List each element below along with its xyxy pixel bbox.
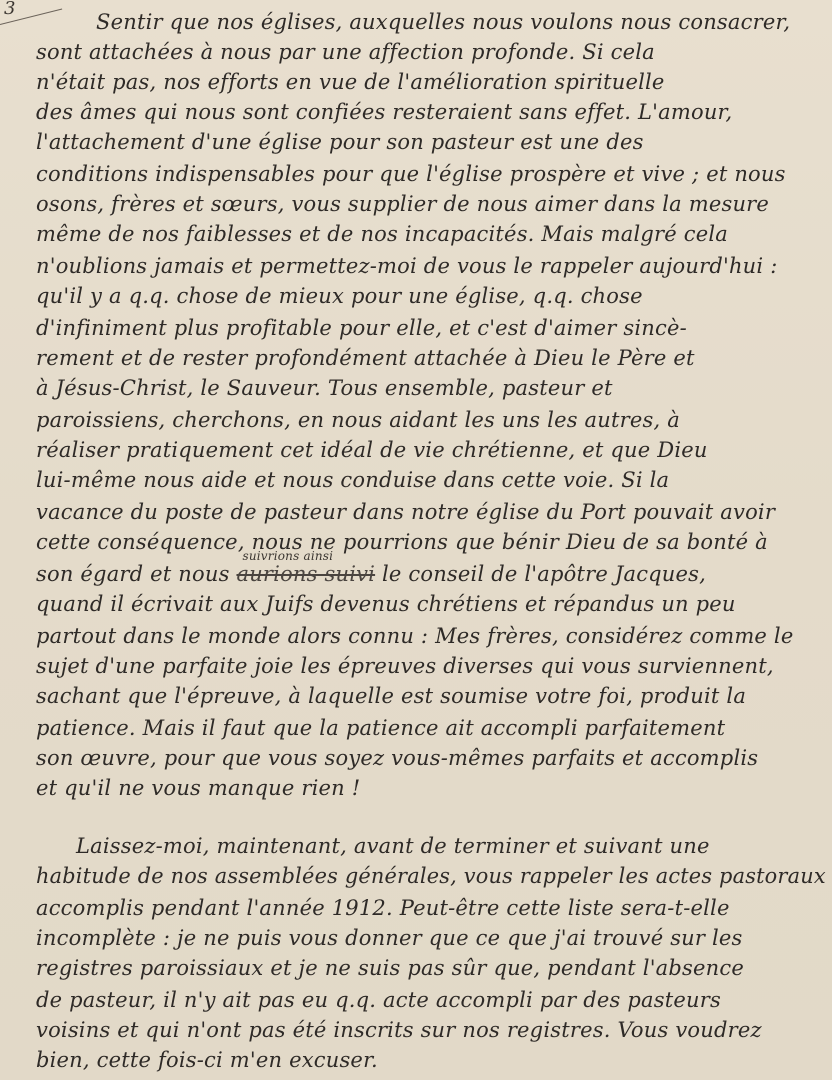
text-line: partout dans le monde alors connu : Mes …	[36, 620, 793, 652]
text-line: patience. Mais il faut que la patience a…	[36, 712, 725, 744]
text-line: conditions indispensables pour que l'égl…	[36, 158, 786, 190]
page-number: 3	[4, 0, 15, 19]
text-line: Laissez-moi, maintenant, avant de termin…	[76, 830, 710, 862]
text-line: l'attachement d'une église pour son past…	[36, 126, 644, 158]
text-line: son œuvre, pour que vous soyez vous-même…	[36, 742, 758, 774]
text-line: d'infiniment plus profitable pour elle, …	[36, 312, 687, 344]
text-line: sachant que l'épreuve, à laquelle est so…	[36, 680, 746, 712]
text-line: à Jésus-Christ, le Sauveur. Tous ensembl…	[36, 372, 613, 404]
text-line: de pasteur, il n'y ait pas eu q.q. acte …	[36, 984, 721, 1016]
text-line: n'oublions jamais et permettez-moi de vo…	[36, 250, 777, 282]
text-line: registres paroissiaux et je ne suis pas …	[36, 952, 744, 984]
manuscript-page: 3 Sentir que nos églises, auxquelles nou…	[0, 0, 832, 1080]
text-line: bien, cette fois-ci m'en excuser.	[36, 1044, 378, 1076]
text-line: des âmes qui nous sont confiées resterai…	[36, 96, 732, 128]
text-line: lui-même nous aide et nous conduise dans…	[36, 464, 669, 496]
text-line: réaliser pratiquement cet idéal de vie c…	[36, 434, 708, 466]
text-line: habitude de nos assemblées générales, vo…	[36, 860, 826, 892]
text-fragment: le conseil de l'apôtre Jacques,	[375, 562, 706, 586]
text-line: sujet d'une parfaite joie les épreuves d…	[36, 650, 774, 682]
text-line: qu'il y a q.q. chose de mieux pour une é…	[36, 280, 643, 312]
text-fragment: son égard et nous	[36, 562, 236, 586]
inserted-words: suivrions ainsi	[242, 550, 333, 562]
text-line: quand il écrivait aux Juifs devenus chré…	[36, 588, 736, 620]
text-line: incomplète : je ne puis vous donner que …	[36, 922, 743, 954]
text-line: cette conséquence, nous ne pourrions que…	[36, 526, 768, 558]
text-line: vacance du poste de pasteur dans notre é…	[36, 496, 775, 528]
correction: suivrions ainsiaurions suivi	[236, 558, 375, 590]
text-line-corrected: son égard et nous suivrions ainsiaurions…	[36, 558, 706, 590]
struck-words: aurions suivi	[236, 562, 375, 586]
text-line: accomplis pendant l'année 1912. Peut-êtr…	[36, 892, 730, 924]
text-line: n'était pas, nos efforts en vue de l'amé…	[36, 66, 665, 98]
text-line: et qu'il ne vous manque rien !	[36, 772, 360, 804]
text-line: voisins et qui n'ont pas été inscrits su…	[36, 1014, 762, 1046]
text-line: paroissiens, cherchons, en nous aidant l…	[36, 404, 680, 436]
text-line: rement et de rester profondément attaché…	[36, 342, 695, 374]
text-line: même de nos faiblesses et de nos incapac…	[36, 218, 728, 250]
text-line: sont attachées à nous par une affection …	[36, 36, 655, 68]
text-line: osons, frères et sœurs, vous supplier de…	[36, 188, 769, 220]
text-line: Sentir que nos églises, auxquelles nous …	[96, 6, 790, 38]
